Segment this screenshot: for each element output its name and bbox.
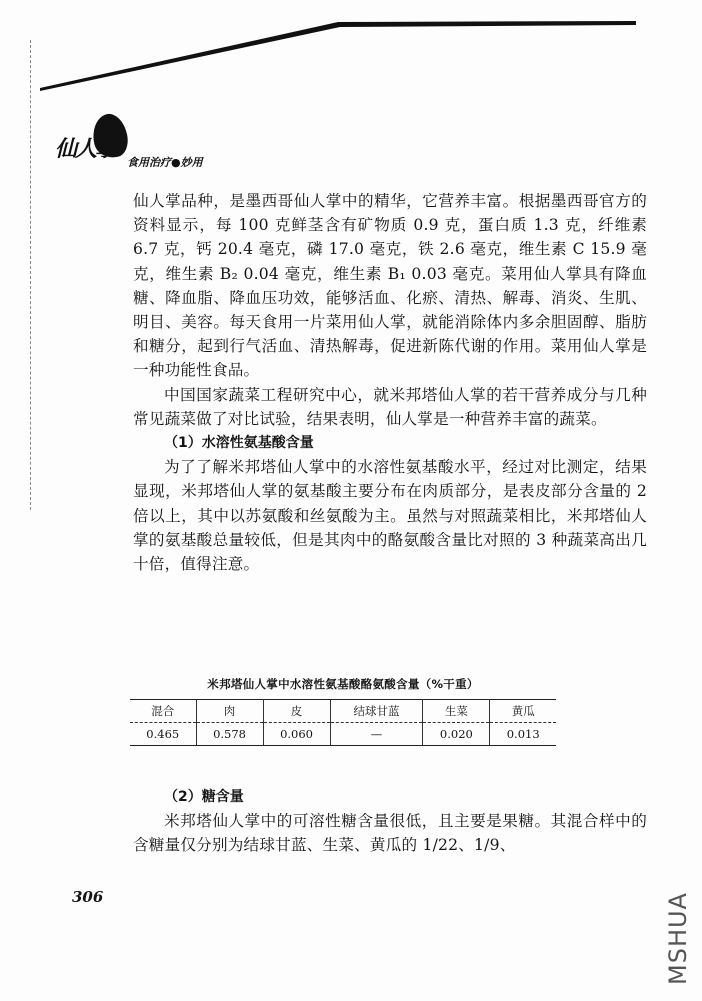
section-heading-amino-acids: （1）水溶性氨基酸含量 — [133, 431, 647, 455]
table-header-row: 混合 肉 皮 结球甘蓝 生菜 黄瓜 — [130, 700, 556, 723]
paragraph-research: 中国国家蔬菜工程研究中心，就米邦塔仙人掌的若干营养成分与几种常见蔬菜做了对比试验… — [133, 383, 647, 431]
paragraph-nutrition: 仙人掌品种，是墨西哥仙人掌中的精华，它营养丰富。根据墨西哥官方的资料显示，每 1… — [133, 189, 647, 383]
table-header-cell: 皮 — [263, 700, 330, 723]
logo-title: 仙人掌 — [55, 132, 115, 163]
table-row: 0.465 0.578 0.060 — 0.020 0.013 — [130, 723, 556, 746]
paragraph-sugar: 米邦塔仙人掌中的可溶性糖含量很低，且主要是果糖。其混合样中的含糖量仅分别为结球甘… — [133, 809, 647, 857]
table-header-cell: 生菜 — [423, 700, 490, 723]
header-swoosh-line — [0, 0, 702, 100]
table-cell: 0.578 — [196, 723, 263, 746]
tyrosine-table: 米邦塔仙人掌中水溶性氨基酸酪氨酸含量（%干重） 混合 肉 皮 结球甘蓝 生菜 黄… — [130, 676, 556, 746]
section-heading-sugar: （2）糖含量 — [133, 785, 647, 809]
table-cell: 0.465 — [130, 723, 196, 746]
table-header-cell: 肉 — [196, 700, 263, 723]
table-header-cell: 结球甘蓝 — [330, 700, 423, 723]
table-cell: 0.060 — [263, 723, 330, 746]
table-header-cell: 混合 — [130, 700, 196, 723]
main-text: 仙人掌品种，是墨西哥仙人掌中的精华，它营养丰富。根据墨西哥官方的资料显示，每 1… — [133, 189, 647, 576]
paragraph-amino-acids: 为了了解米邦塔仙人掌中的水溶性氨基酸水平，经过对比测定，结果显现，米邦塔仙人掌的… — [133, 455, 647, 576]
logo-subtitle: 食用治疗●妙用 — [127, 154, 203, 170]
table-cell: 0.013 — [490, 723, 556, 746]
table-caption: 米邦塔仙人掌中水溶性氨基酸酪氨酸含量（%干重） — [130, 676, 556, 692]
table-header-cell: 黄瓜 — [490, 700, 556, 723]
watermark: MSHUA — [664, 892, 692, 985]
data-table: 混合 肉 皮 结球甘蓝 生菜 黄瓜 0.465 0.578 0.060 — 0.… — [130, 699, 556, 746]
page-number: 306 — [72, 888, 103, 906]
book-logo: 仙人掌 食用治疗●妙用 — [55, 110, 245, 180]
table-cell: 0.020 — [423, 723, 490, 746]
table-cell: — — [330, 723, 423, 746]
section-sugar: （2）糖含量 米邦塔仙人掌中的可溶性糖含量很低，且主要是果糖。其混合样中的含糖量… — [133, 785, 647, 858]
margin-dashed-rule — [30, 40, 31, 510]
